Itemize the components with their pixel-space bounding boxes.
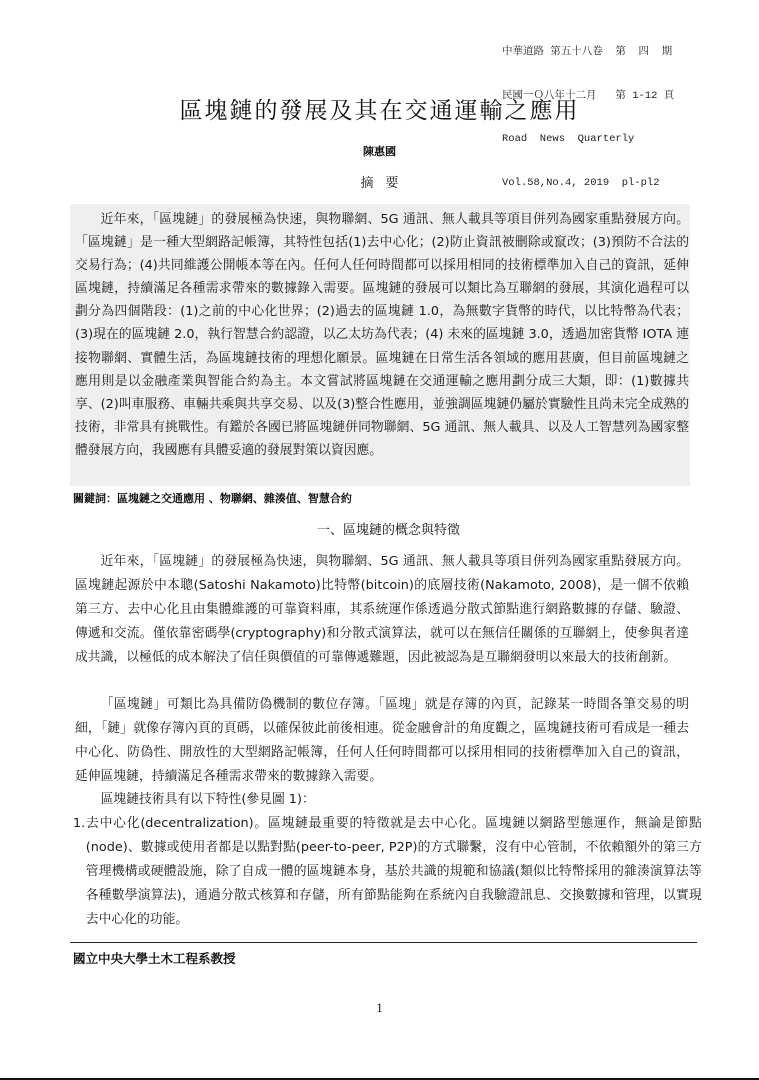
list-item: 1.去中心化(decentralization)。區塊鏈最重要的特徵就是去中心化… [73,812,702,932]
body-paragraph: 「區塊鏈」可類比為具備防偽機制的數位存簿。「區塊」就是存簿的內頁，記錄某一時間各… [75,693,689,789]
page-number: 1 [0,1000,759,1016]
abstract-heading: 摘要 [0,172,759,191]
footnote-divider [70,942,697,943]
body-paragraph: 區塊鏈技術具有以下特性(參見圖 1)： [75,788,689,812]
keywords: 關鍵詞：區塊鏈之交通應用 、物聯網、雜湊值、智慧合約 [73,490,352,506]
abstract-text: 近年來，「區塊鏈」的發展極為快速，與物聯網、5G 通訊、無人載具等項目併列為國家… [75,208,689,462]
section-heading: 一、區塊鏈的概念與特徵 [0,519,759,538]
journal-issue-line: 中華道路 第五十八卷 第 四 期 [502,45,674,60]
paper-title: 區塊鏈的發展及其在交通運輸之應用 [0,92,759,125]
author-affiliation: 國立中央大學土木工程系教授 [73,949,236,967]
body-paragraph: 近年來，「區塊鏈」的發展極為快速，與物聯網、5G 通訊、無人載具等項目併列為國家… [75,550,689,670]
author-name: 陳惠國 [0,143,759,159]
